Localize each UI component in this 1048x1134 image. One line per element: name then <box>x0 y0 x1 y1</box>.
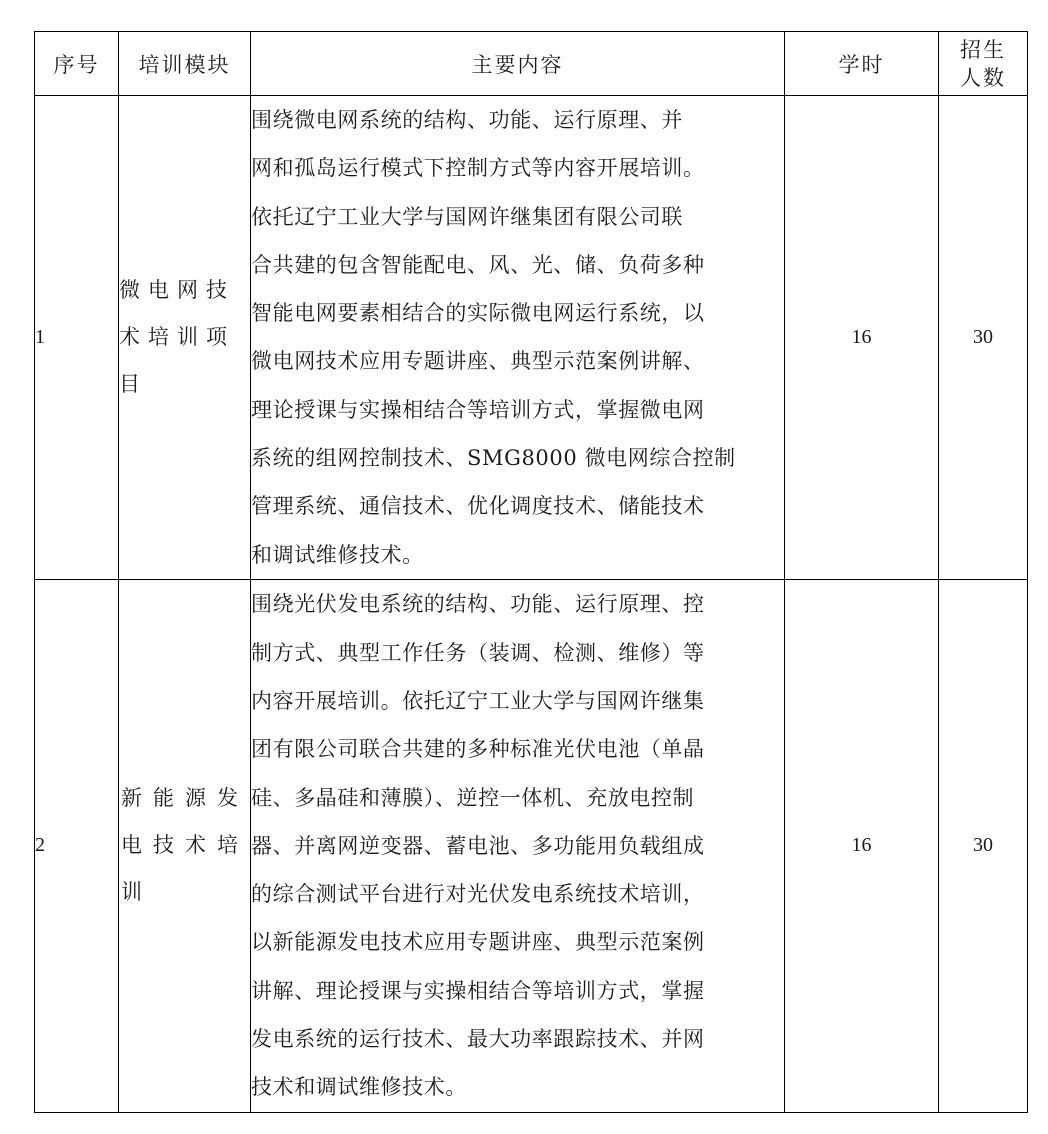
content-line: 智能电网要素相结合的实际微电网运行系统，以 <box>251 289 784 337</box>
content-line: 制方式、典型工作任务（装调、检测、维修）等 <box>251 629 784 677</box>
row-content: 围绕光伏发电系统的结构、功能、运行原理、控 制方式、典型工作任务（装调、检测、维… <box>251 579 785 1112</box>
content-line: 以新能源发电技术应用专题讲座、典型示范案例 <box>251 918 784 966</box>
header-hours: 学时 <box>785 32 939 96</box>
content-line: 团有限公司联合共建的多种标准光伏电池（单晶 <box>251 725 784 773</box>
content-line: 和调试维修技术。 <box>251 531 784 579</box>
content-line: 管理系统、通信技术、优化调度技术、储能技术 <box>251 482 784 530</box>
table-header-row: 序号 培训模块 主要内容 学时 招生 人数 <box>35 32 1028 96</box>
module-line: 新能源发 <box>121 786 249 810</box>
header-content: 主要内容 <box>251 32 785 96</box>
header-enrollment-line1: 招生 <box>960 38 1006 62</box>
training-modules-table: 序号 培训模块 主要内容 学时 招生 人数 1 微电网技 术培训项 目 围绕微电… <box>34 31 1028 1113</box>
content-line: 器、并离网逆变器、蓄电池、多功能用负载组成 <box>251 822 784 870</box>
content-line: 的综合测试平台进行对光伏发电系统技术培训， <box>251 870 784 918</box>
row-module: 新能源发 电技术培 训 <box>119 579 251 1112</box>
content-line: 网和孤岛运行模式下控制方式等内容开展培训。 <box>251 144 784 192</box>
content-line: 讲解、理论授课与实操相结合等培训方式，掌握 <box>251 967 784 1015</box>
content-line: 围绕光伏发电系统的结构、功能、运行原理、控 <box>251 580 784 628</box>
header-enrollment: 招生 人数 <box>939 32 1028 96</box>
content-line: 内容开展培训。依托辽宁工业大学与国网许继集 <box>251 677 784 725</box>
content-line: 围绕微电网系统的结构、功能、运行原理、并 <box>251 96 784 144</box>
module-line: 术培训项 <box>119 325 235 349</box>
content-line: 硅、多晶硅和薄膜）、逆控一体机、充放电控制 <box>251 774 784 822</box>
module-line: 目 <box>119 372 148 396</box>
content-line: 理论授课与实操相结合等培训方式，掌握微电网 <box>251 386 784 434</box>
content-line: 合共建的包含智能配电、风、光、储、负荷多种 <box>251 241 784 289</box>
row-hours: 16 <box>785 96 939 580</box>
header-module: 培训模块 <box>119 32 251 96</box>
content-line: 系统的组网控制技术、SMG8000 微电网综合控制 <box>251 434 784 482</box>
row-index: 1 <box>35 96 119 580</box>
content-line: 技术和调试维修技术。 <box>251 1063 784 1111</box>
row-index: 2 <box>35 579 119 1112</box>
content-line: 微电网技术应用专题讲座、典型示范案例讲解、 <box>251 337 784 385</box>
module-line: 电技术培 <box>121 833 249 857</box>
table-row: 1 微电网技 术培训项 目 围绕微电网系统的结构、功能、运行原理、并 网和孤岛运… <box>35 96 1028 580</box>
content-line: 依托辽宁工业大学与国网许继集团有限公司联 <box>251 193 784 241</box>
row-enrollment: 30 <box>939 96 1028 580</box>
module-line: 微电网技 <box>119 278 235 302</box>
module-line: 训 <box>121 880 153 904</box>
header-index: 序号 <box>35 32 119 96</box>
table-row: 2 新能源发 电技术培 训 围绕光伏发电系统的结构、功能、运行原理、控 制方式、… <box>35 579 1028 1112</box>
row-content: 围绕微电网系统的结构、功能、运行原理、并 网和孤岛运行模式下控制方式等内容开展培… <box>251 96 785 580</box>
row-enrollment: 30 <box>939 579 1028 1112</box>
content-line: 发电系统的运行技术、最大功率跟踪技术、并网 <box>251 1015 784 1063</box>
row-hours: 16 <box>785 579 939 1112</box>
row-module: 微电网技 术培训项 目 <box>119 96 251 580</box>
header-enrollment-line2: 人数 <box>960 66 1006 90</box>
